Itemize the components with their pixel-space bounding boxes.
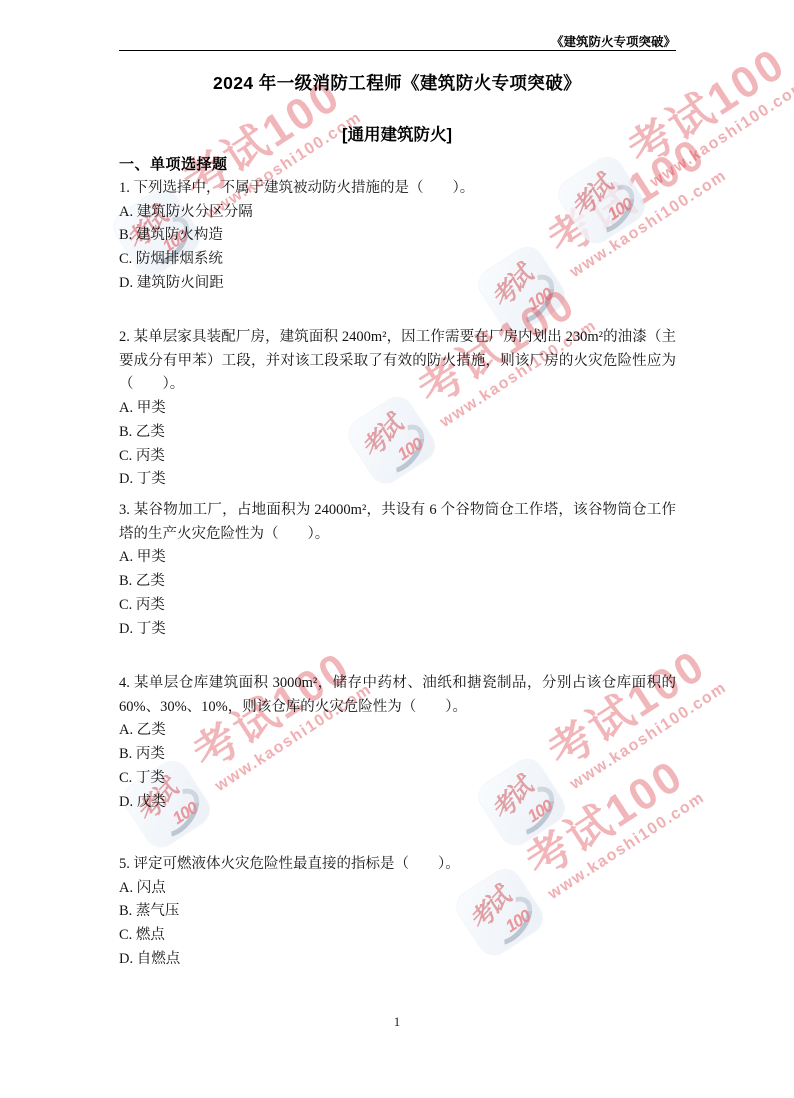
option-d: D. 戊类 [119, 791, 676, 815]
option-c: C. 丙类 [119, 445, 676, 469]
question-stem: 4. 某单层仓库建筑面积 3000m²，储存中药材、油纸和搪瓷制品，分别占该仓库… [119, 672, 676, 719]
page-subtitle: [通用建筑防火] [0, 121, 794, 145]
option-a: A. 甲类 [119, 546, 676, 570]
question-3: 3. 某谷物加工厂，占地面积为 24000m²，共设有 6 个谷物筒仓工作塔，该… [119, 499, 676, 641]
section-heading: 一、单项选择题 [119, 153, 228, 174]
option-a: A. 闪点 [119, 877, 676, 901]
option-b: B. 建筑防火构造 [119, 224, 676, 248]
document-page: 考试 100 考试100 www.kaoshi100.com 考试 100 考试… [0, 0, 794, 1098]
option-d: D. 建筑防火间距 [119, 272, 676, 296]
question-2: 2. 某单层家具装配厂房，建筑面积 2400m²，因工作需要在厂房内划出 230… [119, 326, 676, 492]
option-c: C. 丙类 [119, 594, 676, 618]
option-d: D. 丁类 [119, 468, 676, 492]
option-c: C. 丁类 [119, 767, 676, 791]
document-content: 《建筑防火专项突破》 2024 年一级消防工程师《建筑防火专项突破》 [通用建筑… [0, 0, 794, 1098]
header-rule [119, 50, 676, 51]
question-4: 4. 某单层仓库建筑面积 3000m²，储存中药材、油纸和搪瓷制品，分别占该仓库… [119, 672, 676, 814]
option-c: C. 防烟排烟系统 [119, 248, 676, 272]
header-booklet-title: 《建筑防火专项突破》 [119, 32, 676, 50]
option-a: A. 乙类 [119, 719, 676, 743]
option-d: D. 自燃点 [119, 948, 676, 972]
question-stem: 1. 下列选择中，不属于建筑被动防火措施的是（ ）。 [119, 177, 676, 201]
page-title: 2024 年一级消防工程师《建筑防火专项突破》 [0, 70, 794, 95]
question-stem: 2. 某单层家具装配厂房，建筑面积 2400m²，因工作需要在厂房内划出 230… [119, 326, 676, 397]
option-b: B. 丙类 [119, 743, 676, 767]
option-c: C. 燃点 [119, 924, 676, 948]
option-a: A. 甲类 [119, 397, 676, 421]
question-5: 5. 评定可燃液体火灾危险性最直接的指标是（ ）。 A. 闪点 B. 蒸气压 C… [119, 853, 676, 972]
option-d: D. 丁类 [119, 618, 676, 642]
page-number: 1 [0, 1014, 794, 1030]
option-b: B. 乙类 [119, 570, 676, 594]
question-1: 1. 下列选择中，不属于建筑被动防火措施的是（ ）。 A. 建筑防火分区分隔 B… [119, 177, 676, 296]
option-b: B. 蒸气压 [119, 900, 676, 924]
option-a: A. 建筑防火分区分隔 [119, 201, 676, 225]
question-stem: 5. 评定可燃液体火灾危险性最直接的指标是（ ）。 [119, 853, 676, 877]
question-stem: 3. 某谷物加工厂，占地面积为 24000m²，共设有 6 个谷物筒仓工作塔，该… [119, 499, 676, 546]
option-b: B. 乙类 [119, 421, 676, 445]
